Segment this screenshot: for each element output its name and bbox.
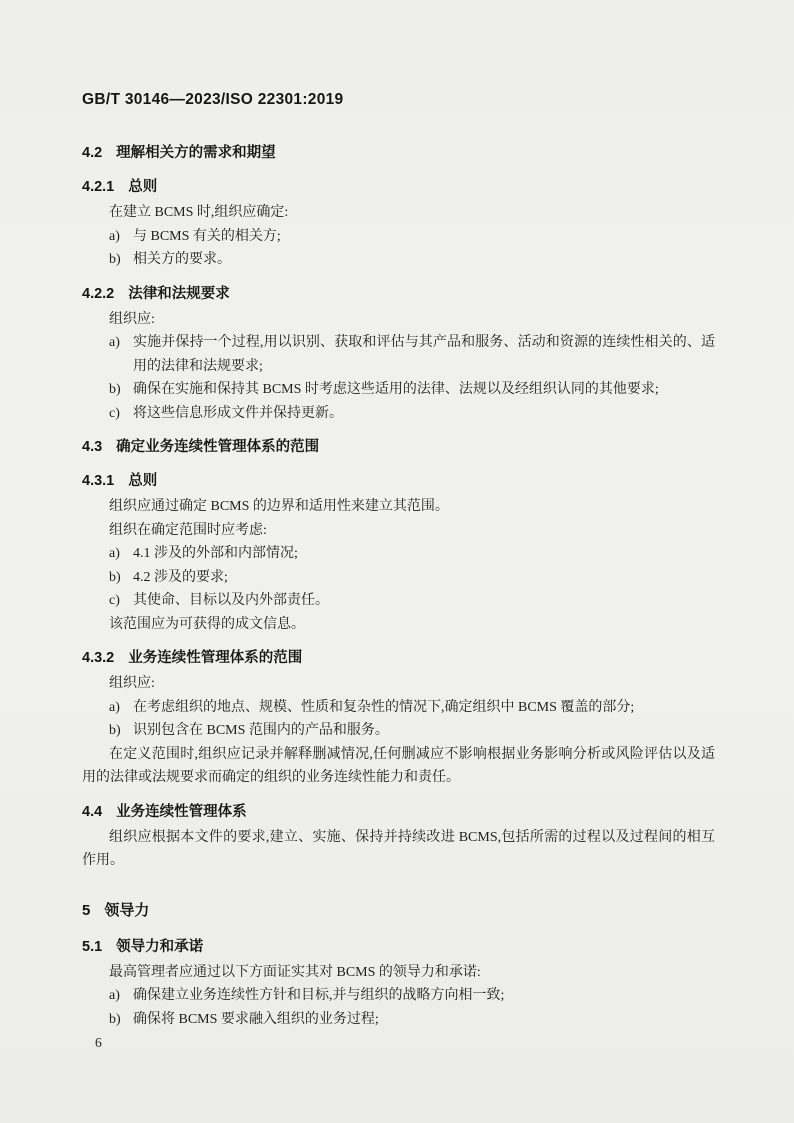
paragraph: 在定义范围时,组织应记录并解释删减情况,任何删减应不影响根据业务影响分析或风险评… bbox=[82, 743, 715, 790]
paragraph: 该范围应为可获得的成文信息。 bbox=[82, 613, 715, 637]
list-item-text: 相关方的要求。 bbox=[133, 252, 231, 267]
list-marker: b) bbox=[109, 1008, 121, 1032]
section-heading-4-3: 4.3确定业务连续性管理体系的范围 bbox=[82, 435, 715, 459]
section-title: 法律和法规要求 bbox=[128, 286, 230, 302]
list-item-text: 实施并保持一个过程,用以识别、获取和评估与其产品和服务、活动和资源的连续性相关的… bbox=[133, 335, 715, 374]
list-item-text: 在考虑组织的地点、规模、性质和复杂性的情况下,确定组织中 BCMS 覆盖的部分; bbox=[133, 700, 634, 715]
section-title: 确定业务连续性管理体系的范围 bbox=[116, 439, 319, 455]
list-item: b)识别包含在 BCMS 范围内的产品和服务。 bbox=[82, 719, 715, 743]
list-item: c)其使命、目标以及内外部责任。 bbox=[82, 589, 715, 613]
section-title: 业务连续性管理体系的范围 bbox=[128, 650, 302, 666]
section-number: 4.3.1 bbox=[82, 473, 114, 489]
paragraph: 组织应: bbox=[82, 672, 715, 696]
list-item: a)实施并保持一个过程,用以识别、获取和评估与其产品和服务、活动和资源的连续性相… bbox=[82, 331, 715, 378]
list-item-text: 识别包含在 BCMS 范围内的产品和服务。 bbox=[133, 723, 389, 738]
section-number: 4.3 bbox=[82, 439, 102, 455]
list-item: a)在考虑组织的地点、规模、性质和复杂性的情况下,确定组织中 BCMS 覆盖的部… bbox=[82, 696, 715, 720]
running-header: GB/T 30146—2023/ISO 22301:2019 bbox=[82, 88, 715, 111]
section-title: 理解相关方的需求和期望 bbox=[116, 145, 276, 161]
section-number: 5.1 bbox=[82, 939, 102, 955]
paragraph: 最高管理者应通过以下方面证实其对 BCMS 的领导力和承诺: bbox=[82, 961, 715, 985]
list-item-text: 4.1 涉及的外部和内部情况; bbox=[133, 546, 298, 561]
list-marker: a) bbox=[109, 984, 120, 1008]
list-item: b)确保在实施和保持其 BCMS 时考虑这些适用的法律、法规以及经组织认同的其他… bbox=[82, 378, 715, 402]
section-title: 总则 bbox=[128, 473, 157, 489]
list-marker: a) bbox=[109, 225, 120, 249]
list-item: b)4.2 涉及的要求; bbox=[82, 566, 715, 590]
list-item-text: 其使命、目标以及内外部责任。 bbox=[133, 593, 329, 608]
list-marker: b) bbox=[109, 566, 121, 590]
section-number: 4.2 bbox=[82, 145, 102, 161]
section-title: 业务连续性管理体系 bbox=[116, 804, 247, 820]
list-item: a)与 BCMS 有关的相关方; bbox=[82, 225, 715, 249]
section-number: 4.2.1 bbox=[82, 179, 114, 195]
list-item-text: 确保将 BCMS 要求融入组织的业务过程; bbox=[133, 1012, 379, 1027]
list-marker: c) bbox=[109, 589, 120, 613]
section-heading-4-2-2: 4.2.2法律和法规要求 bbox=[82, 282, 715, 306]
list-marker: b) bbox=[109, 378, 121, 402]
list-item-text: 4.2 涉及的要求; bbox=[133, 570, 228, 585]
list-item-text: 与 BCMS 有关的相关方; bbox=[133, 229, 281, 244]
section-heading-4-3-1: 4.3.1总则 bbox=[82, 469, 715, 493]
paragraph: 组织应通过确定 BCMS 的边界和适用性来建立其范围。 bbox=[82, 495, 715, 519]
section-heading-4-2-1: 4.2.1总则 bbox=[82, 175, 715, 199]
clause-title: 领导力 bbox=[104, 902, 149, 919]
paragraph: 组织在确定范围时应考虑: bbox=[82, 519, 715, 543]
paragraph: 组织应根据本文件的要求,建立、实施、保持并持续改进 BCMS,包括所需的过程以及… bbox=[82, 826, 715, 873]
list-item-text: 将这些信息形成文件并保持更新。 bbox=[133, 406, 343, 421]
list-marker: b) bbox=[109, 248, 121, 272]
list-marker: c) bbox=[109, 402, 120, 426]
section-heading-4-4: 4.4业务连续性管理体系 bbox=[82, 800, 715, 824]
section-title: 领导力和承诺 bbox=[116, 939, 203, 955]
page-number: 6 bbox=[82, 1031, 715, 1055]
clause-number: 5 bbox=[82, 902, 90, 919]
paragraph: 组织应: bbox=[82, 308, 715, 332]
list-marker: a) bbox=[109, 542, 120, 566]
clause-heading-5: 5领导力 bbox=[82, 899, 715, 923]
paragraph: 在建立 BCMS 时,组织应确定: bbox=[82, 201, 715, 225]
list-item-text: 确保建立业务连续性方针和目标,并与组织的战略方向相一致; bbox=[133, 988, 504, 1003]
list-item: b)相关方的要求。 bbox=[82, 248, 715, 272]
section-number: 4.4 bbox=[82, 804, 102, 820]
list-marker: a) bbox=[109, 331, 120, 355]
section-heading-5-1: 5.1领导力和承诺 bbox=[82, 935, 715, 959]
list-item-text: 确保在实施和保持其 BCMS 时考虑这些适用的法律、法规以及经组织认同的其他要求… bbox=[133, 382, 659, 397]
list-item: a)4.1 涉及的外部和内部情况; bbox=[82, 542, 715, 566]
list-marker: a) bbox=[109, 696, 120, 720]
list-item: a)确保建立业务连续性方针和目标,并与组织的战略方向相一致; bbox=[82, 984, 715, 1008]
section-number: 4.3.2 bbox=[82, 650, 114, 666]
list-item: c)将这些信息形成文件并保持更新。 bbox=[82, 402, 715, 426]
section-number: 4.2.2 bbox=[82, 286, 114, 302]
document-page: GB/T 30146—2023/ISO 22301:2019 4.2理解相关方的… bbox=[0, 0, 794, 1123]
section-heading-4-2: 4.2理解相关方的需求和期望 bbox=[82, 141, 715, 165]
list-marker: b) bbox=[109, 719, 121, 743]
section-heading-4-3-2: 4.3.2业务连续性管理体系的范围 bbox=[82, 646, 715, 670]
section-title: 总则 bbox=[128, 179, 157, 195]
list-item: b)确保将 BCMS 要求融入组织的业务过程; bbox=[82, 1008, 715, 1032]
